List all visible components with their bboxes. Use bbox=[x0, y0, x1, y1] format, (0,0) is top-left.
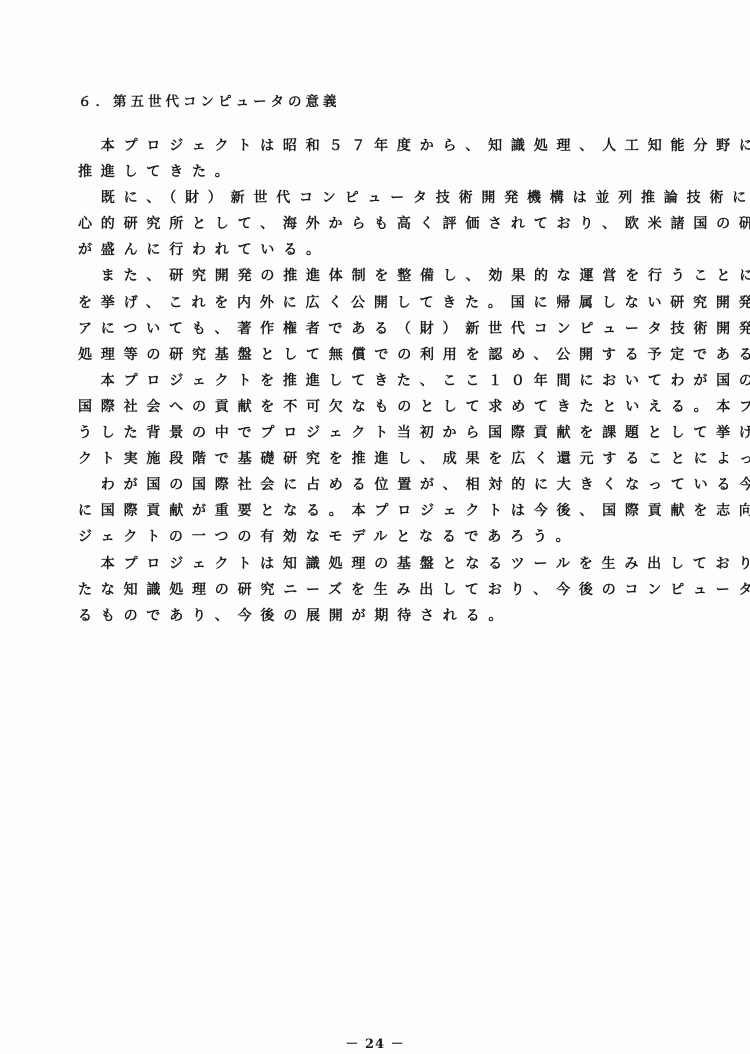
text-line: 本プロジェクトは知識処理の基盤となるツールを生み出しており、これによって新 bbox=[78, 551, 638, 577]
text-line: また、研究開発の推進体制を整備し、効果的な運営を行うことによって多大な成果 bbox=[78, 263, 638, 289]
section-heading: ６．第五世代コンピュータの意義 bbox=[78, 90, 341, 110]
text-line: わが国の国際社会に占める位置が、相対的に大きくなっている今日、これまで以上 bbox=[78, 472, 638, 498]
text-line: るものであり、今後の展開が期待される。 bbox=[78, 603, 638, 629]
text-line: を挙げ、これを内外に広く公開してきた。国に帰属しない研究開発段階のソフトウェ bbox=[78, 290, 638, 316]
text-line: うした背景の中でプロジェクト当初から国際貢献を課題として挙げ、これをプロジェ bbox=[78, 420, 638, 446]
text-line: たな知識処理の研究ニーズを生み出しており、今後のコンピュータ技術発展の礎とな bbox=[78, 577, 638, 603]
text-line: 本プロジェクトを推進してきた、ここ１０年間においてわが国の置かれた状況は、 bbox=[78, 368, 638, 394]
text-line: 国際社会への貢献を不可欠なものとして求めてきたといえる。本プロジェクトは、こ bbox=[78, 394, 638, 420]
text-line: クト実施段階で基礎研究を推進し、成果を広く還元することによって実現してきた。 bbox=[78, 446, 638, 472]
document-page: ６．第五世代コンピュータの意義 本プロジェクトは昭和５７年度から、知識処理、人工… bbox=[0, 0, 750, 1054]
text-line: ジェクトの一つの有効なモデルとなるであろう。 bbox=[78, 524, 638, 550]
text-line: 心的研究所として、海外からも高く評価されており、欧米諸国の研究機関と研究協力 bbox=[78, 211, 638, 237]
text-line: が盛んに行われている。 bbox=[78, 237, 638, 263]
text-line: 処理等の研究基盤として無償での利用を認め、公開する予定である。 bbox=[78, 342, 638, 368]
page-number: － 24 － bbox=[0, 1033, 750, 1052]
text-line: アについても、著作権者である（財）新世代コンピュータ技術開発機構から知識情報 bbox=[78, 316, 638, 342]
text-line: 本プロジェクトは昭和５７年度から、知識処理、人工知能分野における基礎研究を bbox=[78, 133, 638, 159]
text-line: 推進してきた。 bbox=[78, 159, 638, 185]
text-line: に国際貢献が重要となる。本プロジェクトは今後、国際貢献を志向した研究開発プロ bbox=[78, 498, 638, 524]
body-text: 本プロジェクトは昭和５７年度から、知識処理、人工知能分野における基礎研究を 推進… bbox=[78, 133, 638, 629]
text-line: 既に、（財）新世代コンピュータ技術開発機構は並列推論技術については世界の中 bbox=[78, 185, 638, 211]
